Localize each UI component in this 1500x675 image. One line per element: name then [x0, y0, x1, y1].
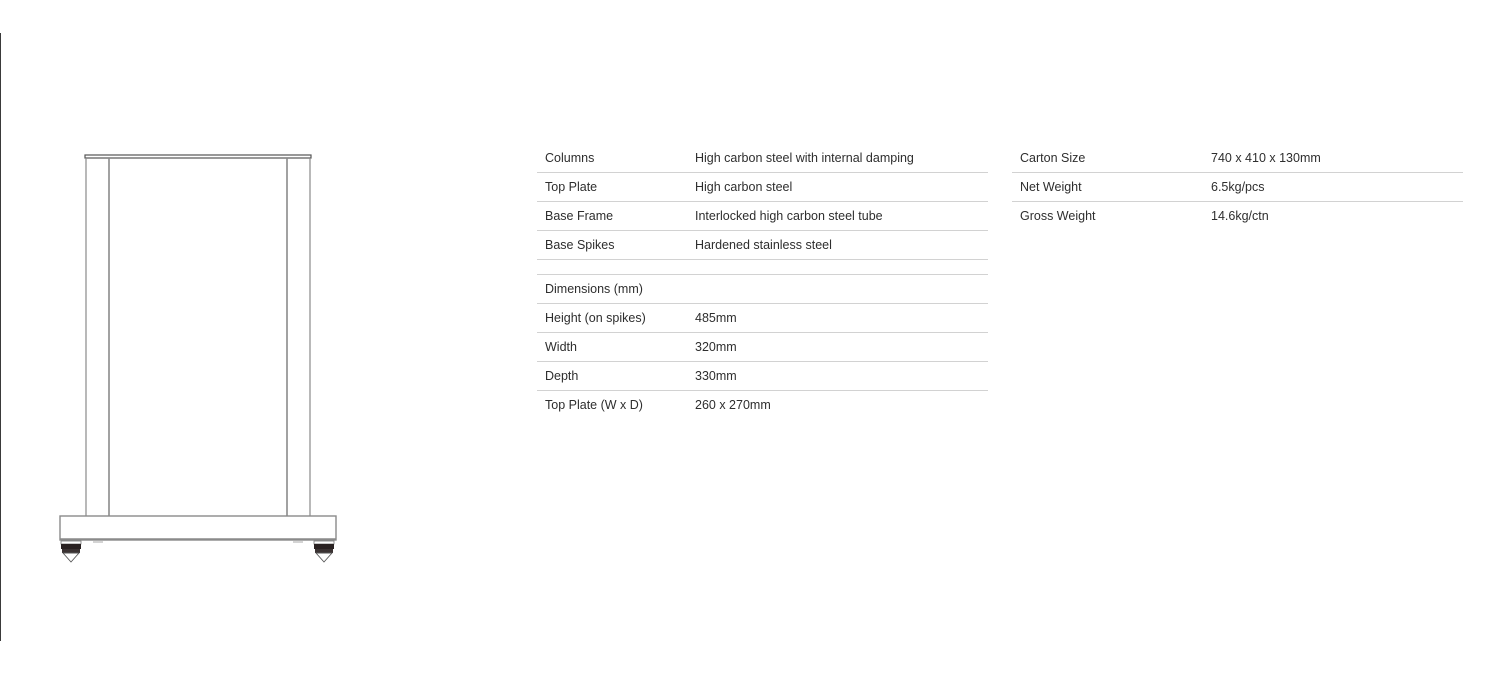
spec-value: Interlocked high carbon steel tube — [687, 202, 988, 231]
spec-value: High carbon steel with internal damping — [687, 144, 988, 173]
spec-label: Columns — [537, 144, 687, 173]
spec-value: Hardened stainless steel — [687, 231, 988, 260]
spec-label: Top Plate — [537, 173, 687, 202]
spec-label: Width — [537, 333, 687, 362]
spec-value: 330mm — [687, 362, 988, 391]
table-row: Base Spikes Hardened stainless steel — [537, 231, 988, 260]
table-row: Dimensions (mm) — [537, 275, 988, 304]
spec-label: Base Frame — [537, 202, 687, 231]
spec-value: 320mm — [687, 333, 988, 362]
spec-value: 260 x 270mm — [687, 391, 988, 420]
table-row: Height (on spikes) 485mm — [537, 304, 988, 333]
spec-value: 14.6kg/ctn — [1203, 202, 1463, 231]
spec-value: 6.5kg/pcs — [1203, 173, 1463, 202]
table-row: Top Plate High carbon steel — [537, 173, 988, 202]
dimensions-heading: Dimensions (mm) — [537, 275, 988, 304]
table-row: Width 320mm — [537, 333, 988, 362]
spec-label: Net Weight — [1012, 173, 1203, 202]
spec-value: High carbon steel — [687, 173, 988, 202]
table-row: Gross Weight 14.6kg/ctn — [1012, 202, 1463, 231]
spec-value: 740 x 410 x 130mm — [1203, 144, 1463, 173]
table-row: Top Plate (W x D) 260 x 270mm — [537, 391, 988, 420]
table-row: Depth 330mm — [537, 362, 988, 391]
table-row: Columns High carbon steel with internal … — [537, 144, 988, 173]
table-row: Base Frame Interlocked high carbon steel… — [537, 202, 988, 231]
spec-label: Top Plate (W x D) — [537, 391, 687, 420]
spec-label: Base Spikes — [537, 231, 687, 260]
dimensions-spec-table: Dimensions (mm) Height (on spikes) 485mm… — [537, 274, 988, 419]
left-edge-line — [0, 33, 1, 641]
spec-label: Height (on spikes) — [537, 304, 687, 333]
spec-label: Gross Weight — [1012, 202, 1203, 231]
shipping-spec-table: Carton Size 740 x 410 x 130mm Net Weight… — [1012, 144, 1463, 230]
materials-spec-table: Columns High carbon steel with internal … — [537, 144, 988, 260]
speaker-stand-drawing-icon — [55, 150, 345, 570]
spec-value: 485mm — [687, 304, 988, 333]
spec-label: Carton Size — [1012, 144, 1203, 173]
spec-label: Depth — [537, 362, 687, 391]
table-row: Carton Size 740 x 410 x 130mm — [1012, 144, 1463, 173]
table-row: Net Weight 6.5kg/pcs — [1012, 173, 1463, 202]
